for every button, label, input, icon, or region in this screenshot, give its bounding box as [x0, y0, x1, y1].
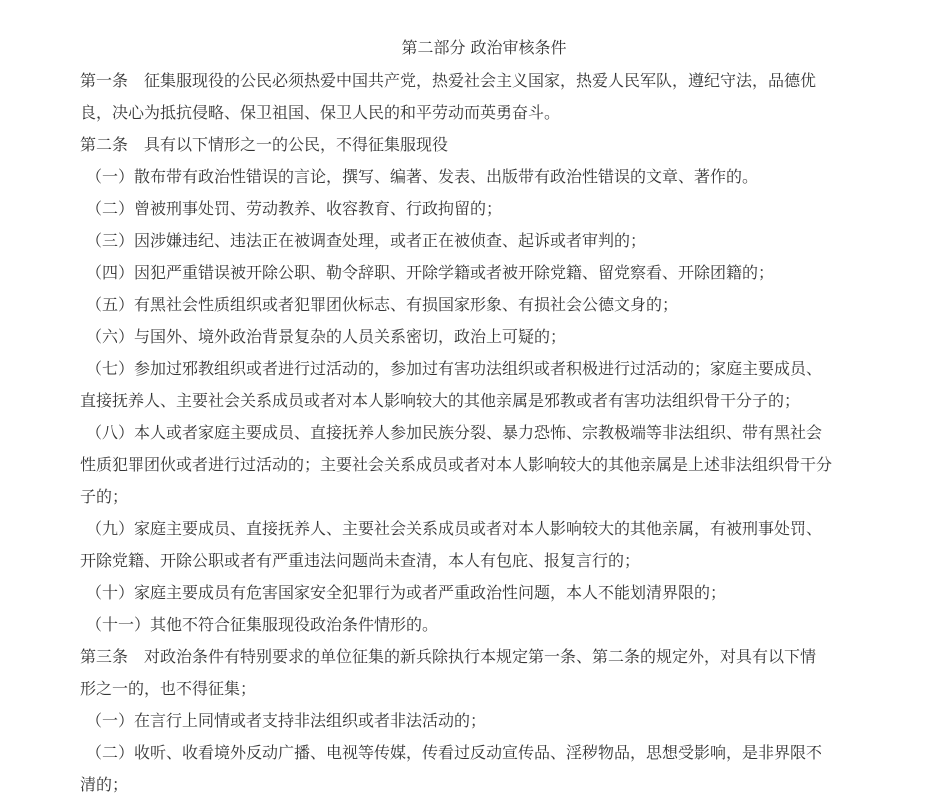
article-2-item-9-line-2: 开除党籍、开除公职或者有严重违法问题尚未查清，本人有包庇、报复言行的； — [80, 548, 878, 580]
article-2-item-11: （十一）其他不符合征集服现役政治条件情形的。 — [80, 612, 878, 644]
section-title: 第二部分 政治审核条件 — [80, 36, 878, 60]
article-2-item-8-line-1: （八）本人或者家庭主要成员、直接抚养人参加民族分裂、暴力恐怖、宗教极端等非法组织… — [80, 420, 878, 452]
article-3-line-1: 第三条 对政治条件有特别要求的单位征集的新兵除执行本规定第一条、第二条的规定外，… — [80, 644, 878, 676]
article-1-line-1: 第一条 征集服现役的公民必须热爱中国共产党，热爱社会主义国家，热爱人民军队，遵纪… — [80, 68, 878, 100]
article-2-line-1: 第二条 具有以下情形之一的公民，不得征集服现役 — [80, 132, 878, 164]
article-2-item-2: （二）曾被刑事处罚、劳动教养、收容教育、行政拘留的； — [80, 196, 878, 228]
article-2-item-1: （一）散布带有政治性错误的言论，撰写、编著、发表、出版带有政治性错误的文章、著作… — [80, 164, 878, 196]
article-3-item-1: （一）在言行上同情或者支持非法组织或者非法活动的； — [80, 708, 878, 740]
article-2-item-8-line-2: 性质犯罪团伙或者进行过活动的；主要社会关系成员或者对本人影响较大的其他亲属是上述… — [80, 452, 878, 484]
article-1-line-2: 良，决心为抵抗侵略、保卫祖国、保卫人民的和平劳动而英勇奋斗。 — [80, 100, 878, 132]
article-2-item-9-line-1: （九）家庭主要成员、直接抚养人、主要社会关系成员或者对本人影响较大的其他亲属，有… — [80, 516, 878, 548]
article-2-item-5: （五）有黑社会性质组织或者犯罪团伙标志、有损国家形象、有损社会公德文身的； — [80, 292, 878, 324]
document-page: 第二部分 政治审核条件 第一条 征集服现役的公民必须热爱中国共产党，热爱社会主义… — [0, 0, 942, 804]
article-3-item-2-line-1: （二）收听、收看境外反动广播、电视等传媒，传看过反动宣传品、淫秽物品，思想受影响… — [80, 740, 878, 772]
article-2-item-7-line-1: （七）参加过邪教组织或者进行过活动的，参加过有害功法组织或者积极进行过活动的；家… — [80, 356, 878, 388]
article-2-item-8-line-3: 子的； — [80, 484, 878, 516]
article-1: 第一条 征集服现役的公民必须热爱中国共产党，热爱社会主义国家，热爱人民军队，遵纪… — [80, 68, 878, 132]
article-2-item-3: （三）因涉嫌违纪、违法正在被调查处理，或者正在被侦查、起诉或者审判的； — [80, 228, 878, 260]
article-2: 第二条 具有以下情形之一的公民，不得征集服现役 （一）散布带有政治性错误的言论，… — [80, 132, 878, 644]
article-2-item-6: （六）与国外、境外政治背景复杂的人员关系密切，政治上可疑的； — [80, 324, 878, 356]
article-2-item-4: （四）因犯严重错误被开除公职、勒令辞职、开除学籍或者被开除党籍、留党察看、开除团… — [80, 260, 878, 292]
article-2-item-10: （十）家庭主要成员有危害国家安全犯罪行为或者严重政治性问题，本人不能划清界限的； — [80, 580, 878, 612]
article-3-line-2: 形之一的，也不得征集； — [80, 676, 878, 708]
article-3: 第三条 对政治条件有特别要求的单位征集的新兵除执行本规定第一条、第二条的规定外，… — [80, 644, 878, 804]
article-3-item-2-line-2: 清的； — [80, 772, 878, 804]
article-2-item-7-line-2: 直接抚养人、主要社会关系成员或者对本人影响较大的其他亲属是邪教或者有害功法组织骨… — [80, 388, 878, 420]
